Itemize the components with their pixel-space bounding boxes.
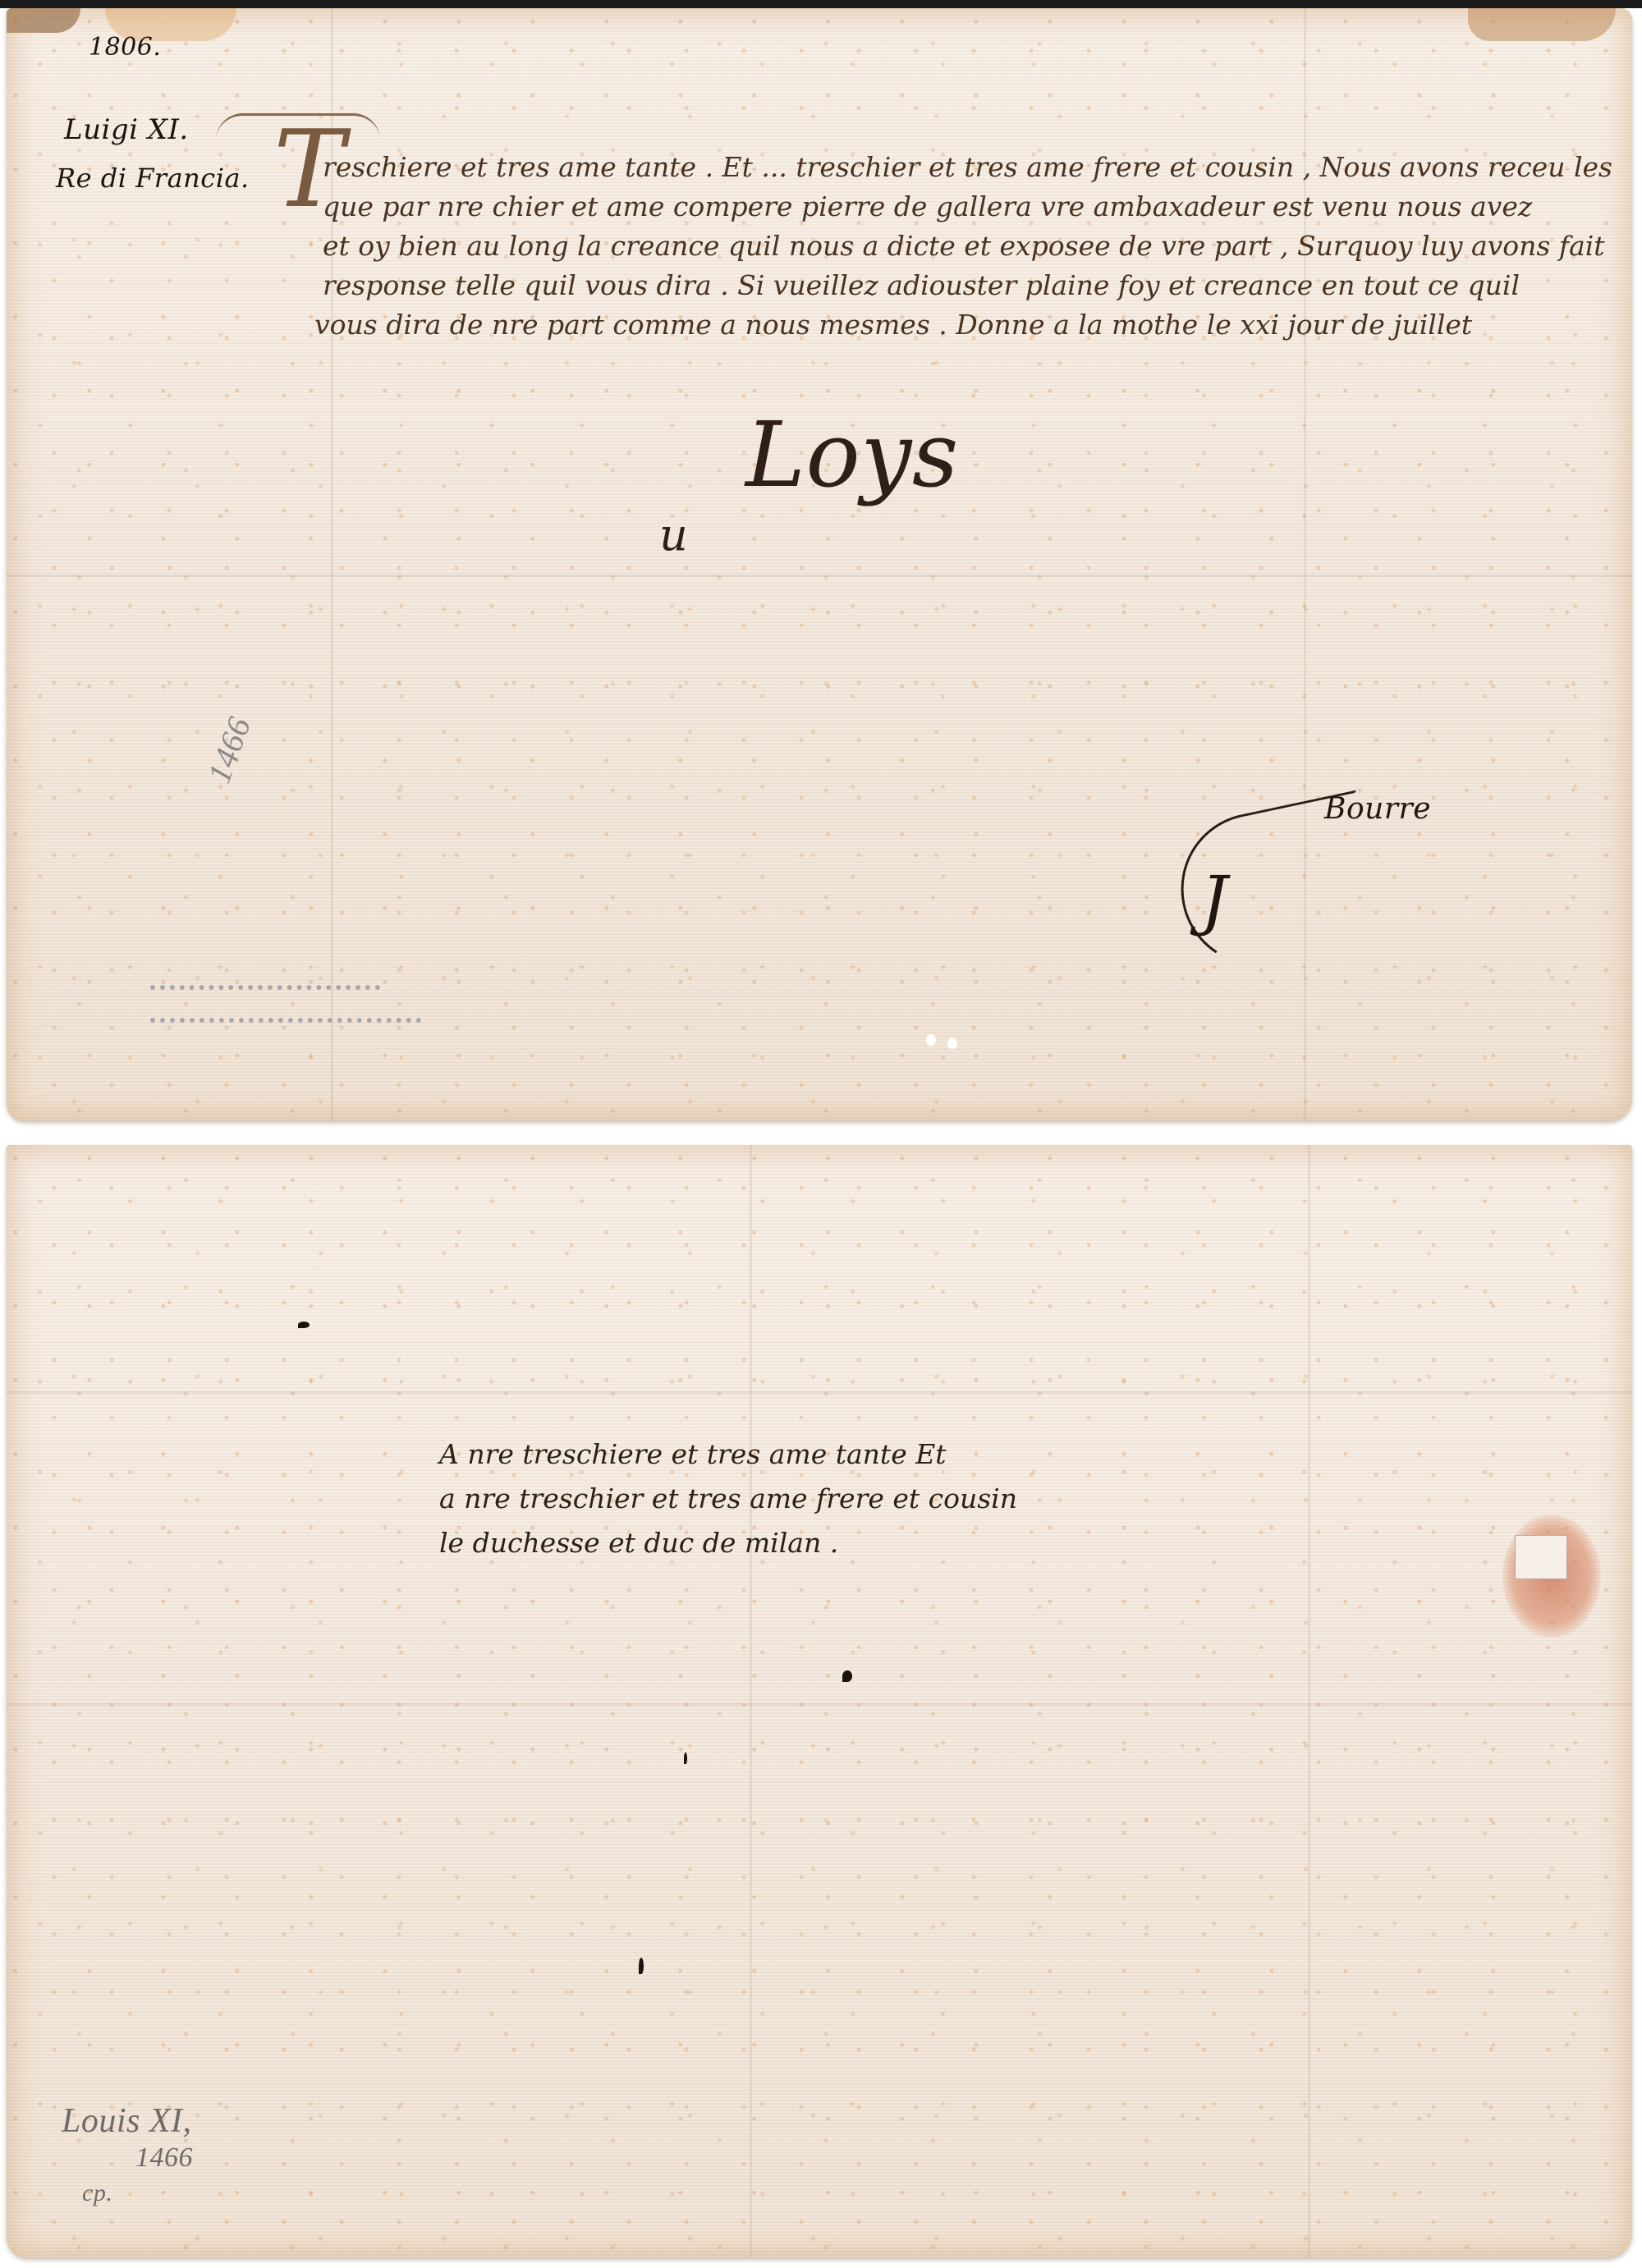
royal-signature-prefix: u <box>659 509 688 561</box>
fold-line-horizontal <box>7 575 1632 577</box>
fold-line-horizontal <box>7 1391 1632 1394</box>
seal-tear <box>1515 1535 1567 1579</box>
letter-line: vous dira de nre part comme a nous mesme… <box>290 305 1612 345</box>
corner-stain <box>7 8 80 33</box>
margin-note-title: Re di Francia. <box>56 163 250 194</box>
letter-line: reschiere et tres ame tante . Et ... tre… <box>290 148 1612 187</box>
letter-address: A nre treschiere et tres ame tante Et a … <box>439 1432 1017 1565</box>
letter-recto-sheet: 1806. Luigi XI. Re di Francia. T reschie… <box>7 8 1632 1120</box>
pencil-note-code: cp. <box>82 2179 112 2207</box>
address-line: A nre treschiere et tres ame tante Et <box>439 1432 1017 1477</box>
secretary-signature: Bourre <box>1324 792 1431 826</box>
fold-line-horizontal <box>7 1703 1632 1706</box>
royal-signature: Loys <box>745 402 959 507</box>
fold-line-vertical <box>1308 1145 1310 2257</box>
ink-blot <box>842 1670 852 1682</box>
pencil-note-name: Louis XI, <box>62 2101 192 2141</box>
top-right-stain <box>1468 8 1616 41</box>
stamp-line <box>150 985 380 1001</box>
address-line: a nre treschier et tres ame frere et cou… <box>439 1477 1017 1521</box>
pencil-number: 1466 <box>200 712 259 788</box>
pencil-note-year: 1466 <box>135 2142 193 2174</box>
letter-line: que par nre chier et ame compere pierre … <box>290 187 1612 227</box>
hole <box>926 1034 936 1046</box>
archive-number: 1806. <box>89 33 161 62</box>
stamp-line <box>150 1018 421 1034</box>
scan-top-edge <box>0 0 1642 8</box>
fold-line-vertical <box>750 1145 752 2257</box>
hole <box>947 1038 957 1049</box>
ink-blot <box>684 1753 687 1764</box>
margin-note-name: Luigi XI. <box>64 113 189 146</box>
address-line: le duchesse et duc de milan . <box>439 1521 1017 1565</box>
faded-stamp <box>150 985 421 1051</box>
letter-line: et oy bien au long la creance quil nous … <box>290 227 1612 266</box>
ink-blot <box>298 1322 310 1328</box>
letter-body: T reschiere et tres ame tante . Et ... t… <box>290 148 1612 345</box>
decorated-initial: T <box>273 107 345 231</box>
worm-holes <box>926 1034 959 1051</box>
letter-verso-sheet <box>7 1145 1632 2257</box>
letter-line: response telle quil vous dira . Si vueil… <box>290 266 1612 305</box>
secretary-paraph: J <box>1201 862 1228 938</box>
ink-blot <box>639 1958 644 1974</box>
